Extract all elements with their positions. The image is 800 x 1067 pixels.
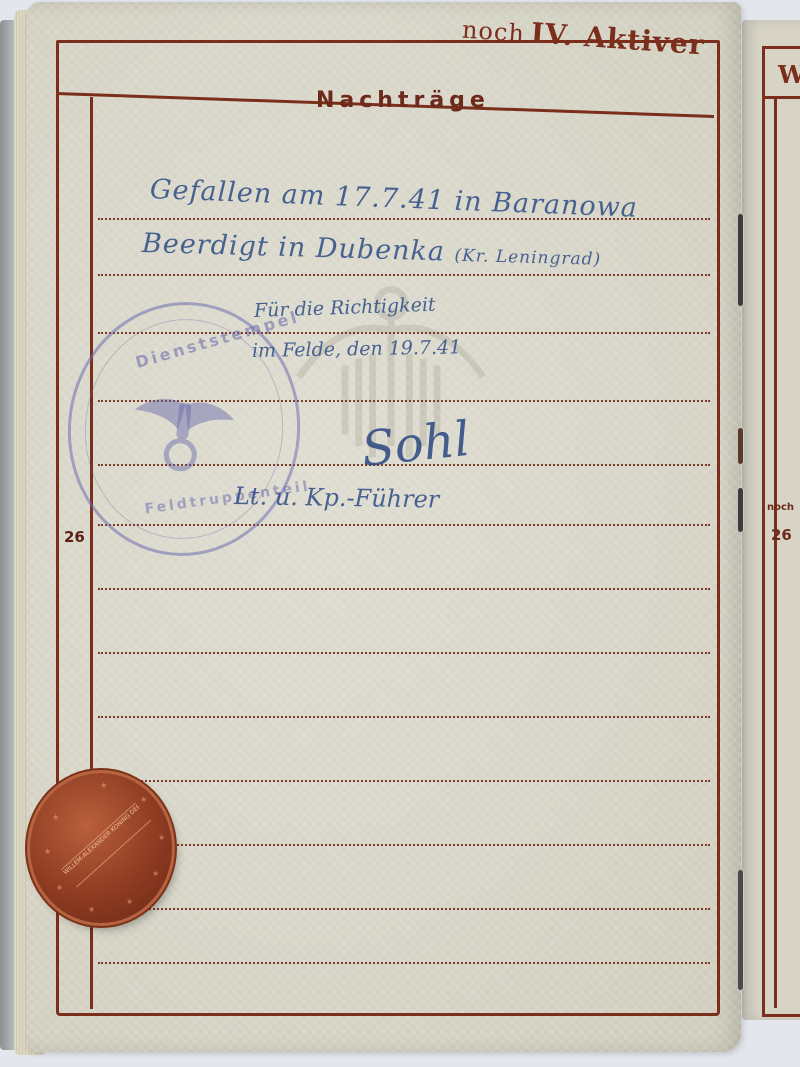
star-icon: ★ [158, 833, 165, 842]
star-icon: ★ [126, 897, 133, 906]
coin: WILLEM-ALEXANDER KONING DER NEDERLANDEN … [30, 773, 172, 923]
ruled-line [98, 588, 710, 590]
handwritten-signature: Sohl [359, 411, 472, 478]
page-number: 26 [64, 528, 85, 546]
ruled-line [98, 652, 710, 654]
star-icon: ★ [100, 781, 107, 790]
section-title: Nachträge [316, 88, 490, 113]
star-icon: ★ [44, 847, 51, 856]
right-page: W noch 26 [742, 20, 800, 1020]
burial-note: (Kr. Leningrad) [454, 246, 601, 270]
star-icon: ★ [152, 869, 159, 878]
right-page-header-glyph: W [778, 60, 800, 89]
header-prefix: noch [461, 16, 526, 48]
right-page-number: 26 [771, 526, 792, 544]
handwritten-place-date: im Felde, den 19.7.41 [252, 336, 462, 362]
right-page-header-line [762, 96, 800, 99]
ruled-line [98, 962, 710, 964]
staple [738, 870, 743, 990]
ruled-line [98, 908, 710, 910]
ruled-line [98, 780, 710, 782]
staple [738, 488, 743, 532]
star-icon: ★ [88, 905, 95, 914]
staple [738, 428, 743, 464]
star-icon: ★ [56, 883, 63, 892]
ruled-line [98, 274, 710, 276]
eagle-stamp-icon [128, 380, 237, 480]
right-page-noch-label: noch [767, 502, 794, 513]
coin-inscription: WILLEM-ALEXANDER KONING DER NEDERLANDEN [61, 803, 151, 888]
staple [738, 214, 743, 306]
ruled-line [98, 716, 710, 718]
star-icon: ★ [140, 795, 147, 804]
ruled-line [98, 844, 710, 846]
star-icon: ★ [52, 813, 59, 822]
right-page-margin-line [774, 98, 777, 1008]
handwritten-rank: Lt. u. Kp.-Führer [234, 482, 440, 514]
